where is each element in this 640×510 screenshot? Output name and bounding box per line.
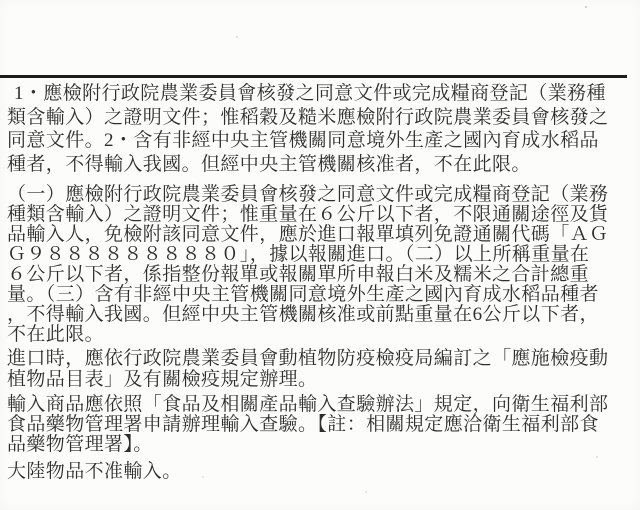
para-consent-document-requirement: 1・應檢附行政院農業委員會核發之同意文件或完成糧商登記（業務種類含輸入）之證明文… [7,82,625,176]
text-line: 1・應檢附行政院農業委員會核發之同意文件或完成糧商登記（業務種 [7,82,625,106]
text-line: 進口時，應依行政院農業委員會動植物防疫檢疫局編訂之「應施檢疫動 [7,349,625,370]
text-line: 輸入商品應依照「食品及相關產品輸入查驗辦法」規定，向衛生福利部 [7,395,625,415]
text-line: 食品藥物管理署申請辦理輸入查驗。【註：相關規定應洽衛生福利部食 [7,415,625,435]
scan-speckle [585,6,587,8]
text-line: 同意文件。2・含有非經中央主管機關同意境外生產之國內育成水稻品 [7,129,625,153]
scan-speckle [365,491,367,493]
document-body: 1・應檢附行政院農業委員會核發之同意文件或完成糧商登記（業務種類含輸入）之證明文… [7,78,625,482]
scanned-document-page: 1・應檢附行政院農業委員會核發之同意文件或完成糧商登記（業務種類含輸入）之證明文… [0,0,640,510]
text-line: 不在此限。 [7,325,625,345]
para-food-inspection-requirement: 輸入商品應依照「食品及相關產品輸入查驗辦法」規定，向衛生福利部食品藥物管理署申請… [7,395,625,455]
text-line: 類含輸入）之證明文件；惟稻穀及糙米應檢附行政院農業委員會核發之 [7,106,625,130]
text-line: ６公斤以下者，係指整份報單或報關單所申報白米及糯米之合計總重 [7,265,625,285]
text-line: 品輸入人，免檢附該同意文件，應於進口報單填列免證通關代碼「ＡＧ [7,225,625,245]
scan-speckle [478,206,481,208]
text-line: Ｇ９８８８８８８８８８０」，據以報關進口。（二）以上所稱重量在 [7,245,625,265]
para-mainland-goods-prohibited: 大陸物品不准輸入。 [7,462,625,482]
scan-speckle [540,348,543,350]
text-line: 量。（三）含有非經中央主管機關同意境外生產之國內育成水稻品種者 [7,285,625,305]
scan-speckle [236,36,238,38]
text-line: （一）應檢附行政院農業委員會核發之同意文件或完成糧商登記（業務 [7,185,625,205]
scan-speckle [596,456,598,458]
text-line: 植物品目表」及有關檢疫規定辦理。 [7,370,625,391]
text-line: 種者，不得輸入我國。但經中央主管機關核准者，不在此限。 [7,153,625,177]
text-line: 品藥物管理署】。 [7,435,625,455]
text-line: ，不得輸入我國。但經中央主管機關核准或前點重量在6公斤以下者， [7,305,625,325]
text-line: 種類含輸入）之證明文件；惟重量在６公斤以下者，不限通關途徑及貨 [7,205,625,225]
para-detailed-import-rules: （一）應檢附行政院農業委員會核發之同意文件或完成糧商登記（業務種類含輸入）之證明… [7,185,625,345]
scan-speckle [202,476,204,478]
para-quarantine-requirement: 進口時，應依行政院農業委員會動植物防疫檢疫局編訂之「應施檢疫動植物品目表」及有關… [7,349,625,390]
text-line: 大陸物品不准輸入。 [7,462,625,482]
